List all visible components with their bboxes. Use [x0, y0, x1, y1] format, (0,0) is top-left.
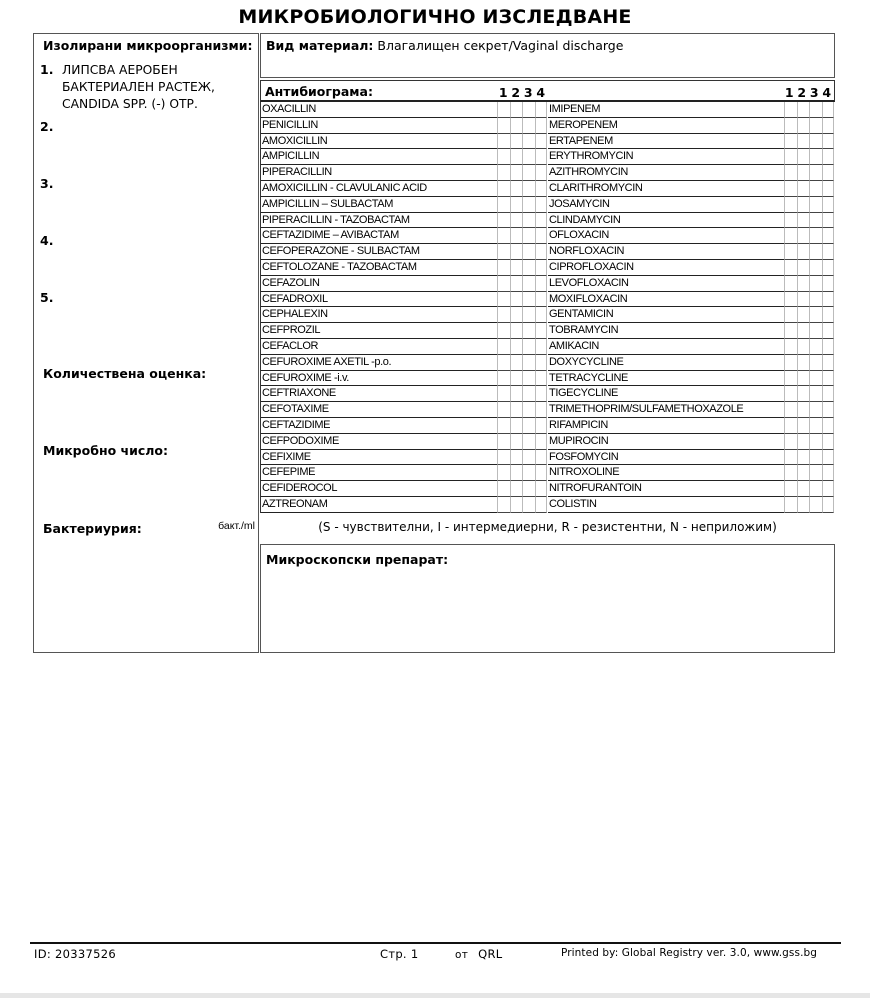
result-cell-4[interactable]	[535, 228, 548, 244]
result-cell-1[interactable]	[497, 371, 510, 387]
antibiotic-name: NITROFURANTOIN	[548, 481, 784, 497]
antibiotic-name: NITROXOLINE	[548, 465, 784, 481]
result-cell-3[interactable]	[809, 465, 822, 481]
result-cell-1[interactable]	[784, 497, 797, 513]
antibiotic-name: AMOXICILLIN - CLAVULANIC ACID	[261, 181, 497, 197]
antibiotic-name: CEFTAZIDIME	[261, 418, 497, 434]
result-cell-2[interactable]	[797, 386, 810, 402]
bacteriuria-label: Бактериурия:	[43, 521, 142, 536]
antibiotic-name: RIFAMPICIN	[548, 418, 784, 434]
result-cell-3[interactable]	[522, 102, 535, 118]
material-label: Вид материал:	[266, 38, 373, 53]
result-cell-2[interactable]	[510, 371, 523, 387]
result-cell-2[interactable]	[510, 402, 523, 418]
antibiogram-label: Антибиограма:	[265, 84, 373, 99]
result-cell-4[interactable]	[535, 197, 548, 213]
result-cell-4[interactable]	[535, 450, 548, 466]
result-cell-1[interactable]	[784, 481, 797, 497]
antibiotic-name: PIPERACILLIN	[261, 165, 497, 181]
result-cell-4[interactable]	[822, 181, 835, 197]
result-cell-2[interactable]	[797, 134, 810, 150]
result-cell-4[interactable]	[822, 450, 835, 466]
column-number: 3	[808, 85, 821, 100]
result-cell-3[interactable]	[809, 213, 822, 229]
result-cell-4[interactable]	[822, 371, 835, 387]
result-cell-2[interactable]	[797, 149, 810, 165]
antibiotic-name: CEFTRIAXONE	[261, 386, 497, 402]
result-cell-2[interactable]	[510, 339, 523, 355]
result-cell-4[interactable]	[535, 149, 548, 165]
result-cell-4[interactable]	[535, 418, 548, 434]
footer-divider	[30, 942, 841, 944]
result-cell-1[interactable]	[784, 181, 797, 197]
result-cell-3[interactable]	[522, 149, 535, 165]
result-cell-4[interactable]	[822, 149, 835, 165]
result-cell-1[interactable]	[497, 355, 510, 371]
result-cell-1[interactable]	[784, 228, 797, 244]
result-cell-2[interactable]	[797, 497, 810, 513]
result-cell-1[interactable]	[784, 197, 797, 213]
id-label: ID:	[34, 947, 51, 961]
result-cell-4[interactable]	[822, 292, 835, 308]
result-cell-3[interactable]	[522, 481, 535, 497]
antibiotic-name: AMPICILLIN – SULBACTAM	[261, 197, 497, 213]
antibiotic-name: DOXYCYCLINE	[548, 355, 784, 371]
result-cell-3[interactable]	[809, 497, 822, 513]
result-cell-3[interactable]	[522, 434, 535, 450]
result-cell-1[interactable]	[784, 134, 797, 150]
antibiotic-name: CLARITHROMYCIN	[548, 181, 784, 197]
result-cell-3[interactable]	[522, 402, 535, 418]
result-cell-4[interactable]	[822, 323, 835, 339]
quantitative-assessment-label: Количествена оценка:	[43, 366, 206, 381]
isolated-organisms-panel: Изолирани микроорганизми: 1. ЛИПСВА АЕРО…	[33, 33, 259, 653]
result-cell-3[interactable]	[522, 244, 535, 260]
result-cell-3[interactable]	[522, 465, 535, 481]
antibiotic-name: CEPHALEXIN	[261, 307, 497, 323]
result-cell-2[interactable]	[510, 497, 523, 513]
result-cell-2[interactable]	[510, 355, 523, 371]
antibiotic-name: ERTAPENEM	[548, 134, 784, 150]
organism-text: ЛИПСВА АЕРОБЕН БАКТЕРИАЛЕН РАСТЕЖ, CANDI…	[62, 62, 252, 113]
result-cell-3[interactable]	[809, 355, 822, 371]
result-cell-2[interactable]	[510, 134, 523, 150]
microbial-count-label: Микробно число:	[43, 443, 168, 458]
result-cell-1[interactable]	[497, 165, 510, 181]
antibiotic-name: IMIPENEM	[548, 102, 784, 118]
result-cell-4[interactable]	[822, 118, 835, 134]
result-cell-2[interactable]	[510, 481, 523, 497]
result-cell-3[interactable]	[522, 386, 535, 402]
result-cell-2[interactable]	[797, 165, 810, 181]
antibiotic-name: NORFLOXACIN	[548, 244, 784, 260]
of-label: от	[455, 949, 468, 961]
result-cell-4[interactable]	[535, 497, 548, 513]
antibiotic-name: MEROPENEM	[548, 118, 784, 134]
antibiotic-name: GENTAMICIN	[548, 307, 784, 323]
result-cell-1[interactable]	[497, 339, 510, 355]
antibiotic-name: CEFADROXIL	[261, 292, 497, 308]
antibiogram-header: Антибиограма: 1 2 3 4 1 2 3 4	[260, 80, 835, 102]
result-cell-4[interactable]	[822, 228, 835, 244]
result-cell-4[interactable]	[535, 244, 548, 260]
result-cell-2[interactable]	[510, 434, 523, 450]
antibiotic-name: MOXIFLOXACIN	[548, 292, 784, 308]
result-cell-4[interactable]	[535, 323, 548, 339]
result-cell-4[interactable]	[535, 355, 548, 371]
printed-by: Printed by: Global Registry ver. 3.0, ww…	[561, 947, 817, 959]
result-cell-2[interactable]	[797, 292, 810, 308]
column-number: 2	[796, 85, 809, 100]
antibiotic-name: TIGECYCLINE	[548, 386, 784, 402]
result-cell-3[interactable]	[522, 307, 535, 323]
result-cell-4[interactable]	[822, 418, 835, 434]
result-cell-1[interactable]	[784, 149, 797, 165]
result-cell-2[interactable]	[510, 197, 523, 213]
result-cell-1[interactable]	[497, 260, 510, 276]
result-cell-2[interactable]	[797, 434, 810, 450]
result-cell-2[interactable]	[797, 228, 810, 244]
result-cell-4[interactable]	[822, 165, 835, 181]
result-cell-1[interactable]	[784, 292, 797, 308]
page-value: 1	[411, 947, 419, 961]
result-cell-2[interactable]	[797, 418, 810, 434]
result-cell-2[interactable]	[797, 181, 810, 197]
antibiotic-name: PENICILLIN	[261, 118, 497, 134]
result-cell-1[interactable]	[497, 276, 510, 292]
column-number: 1	[497, 85, 510, 100]
result-cell-1[interactable]	[784, 276, 797, 292]
result-cell-1[interactable]	[497, 418, 510, 434]
result-cell-1[interactable]	[784, 450, 797, 466]
result-cell-2[interactable]	[797, 260, 810, 276]
result-cell-2[interactable]	[797, 102, 810, 118]
result-cell-3[interactable]	[522, 134, 535, 150]
result-cell-4[interactable]	[535, 339, 548, 355]
column-number: 4	[535, 85, 548, 100]
result-cell-2[interactable]	[797, 402, 810, 418]
antibiotic-name: TRIMETHOPRIM/SULFAMETHOXAZOLE	[548, 402, 784, 418]
result-cell-2[interactable]	[510, 165, 523, 181]
result-cell-2[interactable]	[510, 260, 523, 276]
susceptibility-legend: (S - чувствителни, I - интермедиерни, R …	[260, 520, 835, 534]
result-cell-4[interactable]	[535, 402, 548, 418]
result-cell-1[interactable]	[784, 339, 797, 355]
result-cell-3[interactable]	[809, 450, 822, 466]
result-cell-3[interactable]	[809, 339, 822, 355]
antibiotic-name: OXACILLIN	[261, 102, 497, 118]
result-cell-1[interactable]	[497, 118, 510, 134]
result-cell-1[interactable]	[784, 465, 797, 481]
result-cell-4[interactable]	[535, 465, 548, 481]
result-cell-3[interactable]	[809, 118, 822, 134]
result-cell-4[interactable]	[822, 102, 835, 118]
antibiotic-name: AZITHROMYCIN	[548, 165, 784, 181]
antibiotic-name: MUPIROCIN	[548, 434, 784, 450]
antibiotic-name: CEFPROZIL	[261, 323, 497, 339]
result-cell-3[interactable]	[522, 450, 535, 466]
result-cell-1[interactable]	[784, 323, 797, 339]
result-cell-3[interactable]	[522, 497, 535, 513]
result-cell-3[interactable]	[809, 197, 822, 213]
result-cell-2[interactable]	[797, 118, 810, 134]
result-cell-1[interactable]	[497, 244, 510, 260]
antibiotic-name: AZTREONAM	[261, 497, 497, 513]
result-cell-4[interactable]	[822, 276, 835, 292]
result-cell-2[interactable]	[510, 118, 523, 134]
result-cell-3[interactable]	[809, 228, 822, 244]
antibiotic-name: AMIKACIN	[548, 339, 784, 355]
result-cell-1[interactable]	[784, 307, 797, 323]
result-cell-4[interactable]	[535, 213, 548, 229]
result-cell-2[interactable]	[797, 213, 810, 229]
result-cell-2[interactable]	[510, 149, 523, 165]
result-cell-2[interactable]	[797, 465, 810, 481]
result-cell-3[interactable]	[809, 386, 822, 402]
result-cell-1[interactable]	[497, 228, 510, 244]
result-cell-3[interactable]	[809, 102, 822, 118]
antibiotic-name: AMOXICILLIN	[261, 134, 497, 150]
antibiotic-name: CEFOTAXIME	[261, 402, 497, 418]
result-cell-4[interactable]	[822, 402, 835, 418]
antibiotic-name: LEVOFLOXACIN	[548, 276, 784, 292]
antibiotic-name: COLISTIN	[548, 497, 784, 513]
result-cell-4[interactable]	[535, 371, 548, 387]
antibiotic-name: TOBRAMYCIN	[548, 323, 784, 339]
antibiotic-name: CEFPODOXIME	[261, 434, 497, 450]
result-cell-1[interactable]	[784, 102, 797, 118]
result-cell-2[interactable]	[797, 276, 810, 292]
result-cell-3[interactable]	[809, 418, 822, 434]
result-cell-4[interactable]	[535, 260, 548, 276]
result-cell-2[interactable]	[510, 307, 523, 323]
result-cell-3[interactable]	[809, 402, 822, 418]
result-cell-3[interactable]	[809, 244, 822, 260]
result-cell-1[interactable]	[784, 418, 797, 434]
result-cell-4[interactable]	[822, 213, 835, 229]
result-cell-1[interactable]	[497, 465, 510, 481]
result-cell-4[interactable]	[535, 307, 548, 323]
result-cell-2[interactable]	[797, 244, 810, 260]
antibiotic-name: JOSAMYCIN	[548, 197, 784, 213]
result-cell-3[interactable]	[809, 292, 822, 308]
antibiotic-name: CEFEPIME	[261, 465, 497, 481]
result-cell-4[interactable]	[822, 339, 835, 355]
result-cell-1[interactable]	[784, 402, 797, 418]
result-cell-2[interactable]	[510, 228, 523, 244]
result-cell-3[interactable]	[522, 118, 535, 134]
footer-id: ID: 20337526	[34, 947, 116, 961]
antibiogram-table: OXACILLINPENICILLINAMOXICILLINAMPICILLIN…	[260, 102, 835, 513]
result-cell-3[interactable]	[522, 228, 535, 244]
organism-number: 3.	[40, 176, 53, 191]
result-cell-1[interactable]	[497, 134, 510, 150]
organism-number: 5.	[40, 290, 53, 305]
result-cell-1[interactable]	[497, 197, 510, 213]
result-cell-3[interactable]	[809, 165, 822, 181]
result-cell-4[interactable]	[822, 355, 835, 371]
result-cell-3[interactable]	[522, 339, 535, 355]
result-cell-1[interactable]	[784, 371, 797, 387]
result-cell-2[interactable]	[510, 292, 523, 308]
result-cell-3[interactable]	[809, 149, 822, 165]
isolated-organisms-heading: Изолирани микроорганизми:	[43, 38, 253, 53]
result-cell-2[interactable]	[510, 418, 523, 434]
result-cell-3[interactable]	[522, 355, 535, 371]
antibiotic-name: ERYTHROMYCIN	[548, 149, 784, 165]
material-value: Влагалищен секрет/Vaginal discharge	[377, 38, 623, 53]
result-cell-4[interactable]	[535, 181, 548, 197]
result-cell-1[interactable]	[497, 181, 510, 197]
result-cell-3[interactable]	[809, 371, 822, 387]
footer-page: Стр. 1	[380, 947, 418, 961]
antibiotic-name: CEFUROXIME AXETIL -p.o.	[261, 355, 497, 371]
result-cell-3[interactable]	[522, 292, 535, 308]
result-cell-1[interactable]	[784, 213, 797, 229]
bacteriuria-unit: бакт./ml	[218, 520, 255, 532]
result-cell-4[interactable]	[822, 497, 835, 513]
result-cell-4[interactable]	[535, 118, 548, 134]
result-cell-1[interactable]	[497, 292, 510, 308]
column-number: 1	[783, 85, 796, 100]
result-cell-2[interactable]	[797, 307, 810, 323]
result-cell-1[interactable]	[497, 386, 510, 402]
page-label: Стр.	[380, 947, 407, 961]
result-cell-2[interactable]	[797, 371, 810, 387]
result-cell-4[interactable]	[535, 276, 548, 292]
result-cell-2[interactable]	[510, 181, 523, 197]
antibiotic-name: CIPROFLOXACIN	[548, 260, 784, 276]
result-cell-3[interactable]	[522, 197, 535, 213]
result-cell-4[interactable]	[822, 244, 835, 260]
result-cell-3[interactable]	[522, 371, 535, 387]
result-cell-3[interactable]	[809, 434, 822, 450]
result-cell-2[interactable]	[510, 386, 523, 402]
result-cell-1[interactable]	[784, 386, 797, 402]
organism-number: 1.	[40, 62, 53, 77]
result-cell-3[interactable]	[522, 276, 535, 292]
column-number: 3	[522, 85, 535, 100]
organism-number: 2.	[40, 119, 53, 134]
result-cell-4[interactable]	[535, 386, 548, 402]
antibiotic-name: AMPICILLIN	[261, 149, 497, 165]
result-cell-2[interactable]	[797, 450, 810, 466]
antibiotic-name: CEFTAZIDIME – AVIBACTAM	[261, 228, 497, 244]
result-cell-3[interactable]	[809, 181, 822, 197]
result-cell-1[interactable]	[497, 323, 510, 339]
result-cell-3[interactable]	[522, 165, 535, 181]
result-cell-4[interactable]	[535, 292, 548, 308]
result-cell-1[interactable]	[497, 149, 510, 165]
antibiotic-name: FOSFOMYCIN	[548, 450, 784, 466]
result-cell-3[interactable]	[522, 323, 535, 339]
of-value: QRL	[478, 947, 502, 961]
result-cell-1[interactable]	[784, 260, 797, 276]
result-cell-1[interactable]	[497, 307, 510, 323]
result-cell-2[interactable]	[510, 102, 523, 118]
result-cell-2[interactable]	[510, 465, 523, 481]
result-cell-1[interactable]	[784, 434, 797, 450]
antibiotic-name: CEFIDEROCOL	[261, 481, 497, 497]
result-cell-2[interactable]	[510, 213, 523, 229]
antibiotic-name: CEFUROXIME -i.v.	[261, 371, 497, 387]
antibiotic-name: CEFTOLOZANE - TAZOBACTAM	[261, 260, 497, 276]
result-cell-4[interactable]	[822, 434, 835, 450]
result-cell-2[interactable]	[797, 481, 810, 497]
antibiotic-name: PIPERACILLIN - TAZOBACTAM	[261, 213, 497, 229]
antibiotic-name: CEFOPERAZONE - SULBACTAM	[261, 244, 497, 260]
organism-number: 4.	[40, 233, 53, 248]
footer-of: от QRL	[455, 947, 502, 961]
result-cell-4[interactable]	[822, 260, 835, 276]
result-cell-1[interactable]	[784, 244, 797, 260]
result-cell-4[interactable]	[822, 386, 835, 402]
result-cell-4[interactable]	[535, 165, 548, 181]
result-cell-3[interactable]	[809, 260, 822, 276]
result-cell-3[interactable]	[522, 260, 535, 276]
result-cell-4[interactable]	[822, 134, 835, 150]
result-cell-4[interactable]	[822, 307, 835, 323]
result-cell-3[interactable]	[809, 481, 822, 497]
antibiotic-name: CEFAZOLIN	[261, 276, 497, 292]
result-cell-1[interactable]	[497, 213, 510, 229]
result-cell-3[interactable]	[809, 323, 822, 339]
result-cell-3[interactable]	[522, 213, 535, 229]
result-cell-1[interactable]	[497, 434, 510, 450]
result-cell-2[interactable]	[797, 355, 810, 371]
result-cell-4[interactable]	[535, 481, 548, 497]
result-cell-3[interactable]	[522, 181, 535, 197]
left-column-numbers: 1 2 3 4	[497, 85, 547, 100]
result-cell-4[interactable]	[535, 434, 548, 450]
result-cell-1[interactable]	[497, 102, 510, 118]
result-cell-4[interactable]	[535, 102, 548, 118]
result-cell-2[interactable]	[797, 339, 810, 355]
result-cell-2[interactable]	[510, 276, 523, 292]
result-cell-1[interactable]	[497, 481, 510, 497]
result-cell-1[interactable]	[497, 450, 510, 466]
result-cell-1[interactable]	[784, 165, 797, 181]
result-cell-2[interactable]	[797, 323, 810, 339]
result-cell-2[interactable]	[510, 450, 523, 466]
result-cell-4[interactable]	[822, 197, 835, 213]
result-cell-1[interactable]	[497, 497, 510, 513]
result-cell-4[interactable]	[535, 134, 548, 150]
result-cell-3[interactable]	[809, 134, 822, 150]
antibiotic-name: CLINDAMYCIN	[548, 213, 784, 229]
microscopy-box: Микроскопски препарат:	[260, 544, 835, 653]
antibiotic-name: CEFIXIME	[261, 450, 497, 466]
result-cell-3[interactable]	[809, 307, 822, 323]
column-number: 2	[510, 85, 523, 100]
antibiotic-name: TETRACYCLINE	[548, 371, 784, 387]
result-cell-3[interactable]	[522, 418, 535, 434]
result-cell-1[interactable]	[784, 118, 797, 134]
result-cell-3[interactable]	[809, 276, 822, 292]
result-cell-1[interactable]	[497, 402, 510, 418]
result-cell-2[interactable]	[510, 323, 523, 339]
id-value: 20337526	[55, 947, 116, 961]
page-bottom-edge	[0, 993, 870, 998]
result-cell-4[interactable]	[822, 465, 835, 481]
result-cell-4[interactable]	[822, 481, 835, 497]
result-cell-1[interactable]	[784, 355, 797, 371]
antibiotic-name: CEFACLOR	[261, 339, 497, 355]
material-box: Вид материал: Влагалищен секрет/Vaginal …	[260, 33, 835, 78]
result-cell-2[interactable]	[797, 197, 810, 213]
result-cell-2[interactable]	[510, 244, 523, 260]
microscopy-label: Микроскопски препарат:	[266, 552, 448, 567]
